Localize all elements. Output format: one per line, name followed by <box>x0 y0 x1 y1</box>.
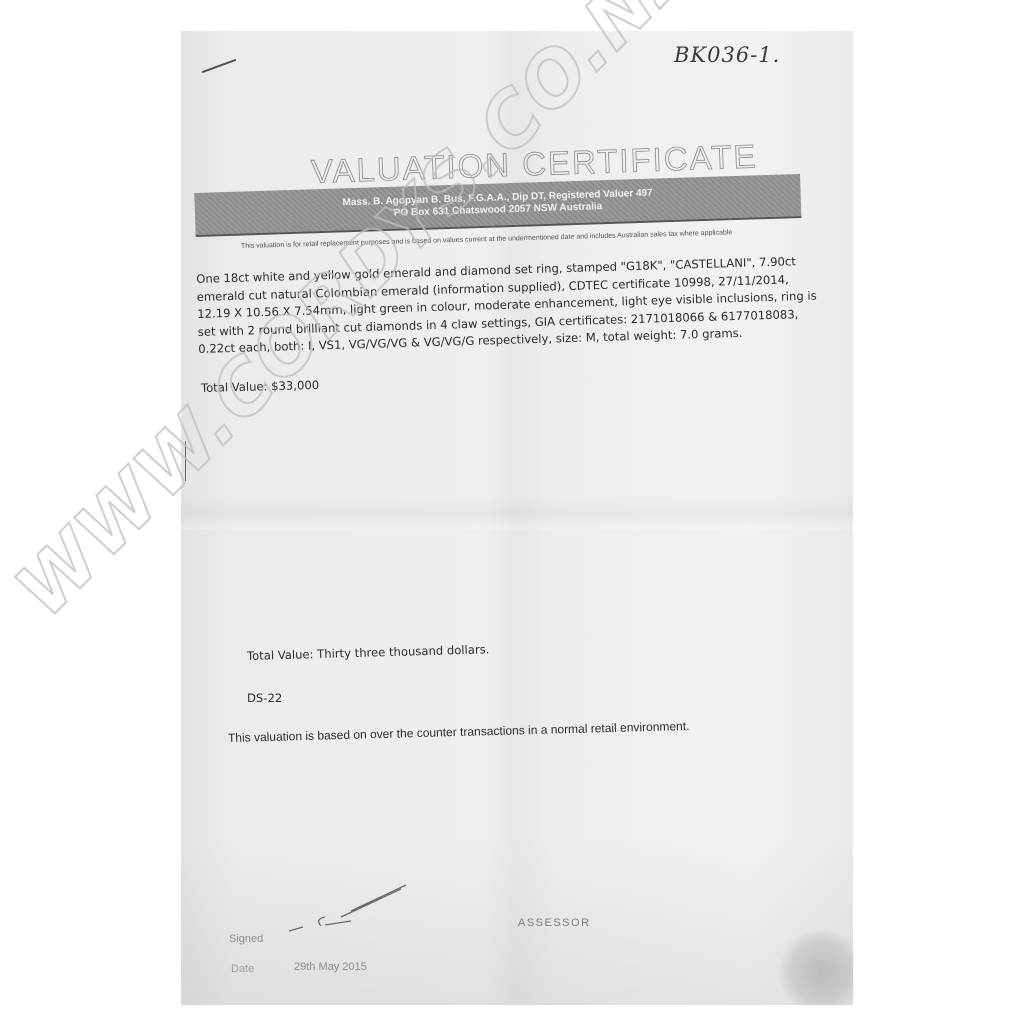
item-code: DS-22 <box>247 691 282 705</box>
handwritten-reference: BK036-1. <box>674 43 780 67</box>
item-description: One 18ct white and yellow gold emerald a… <box>196 253 818 359</box>
margin-mark <box>185 441 186 481</box>
paper-fold <box>181 496 853 530</box>
valuer-banner: Mass. B. Agopyan B. Bus, F.G.A.A., Dip D… <box>194 174 801 237</box>
signature-icon <box>281 881 421 941</box>
total-value-words: Total Value: Thirty three thousand dolla… <box>247 642 490 663</box>
valuation-certificate-page: BK036-1. VALUATION CERTIFICATE Mass. B. … <box>181 31 853 1005</box>
assessor-label: ASSESSOR <box>518 917 591 929</box>
total-value-numeric: Total Value: $33,000 <box>201 378 319 395</box>
pen-mark <box>202 59 237 73</box>
date-label: Date <box>231 963 254 975</box>
date-value: 29th May 2015 <box>294 961 367 973</box>
valuation-basis: This valuation is based on over the coun… <box>228 719 690 745</box>
signed-label: Signed <box>229 933 263 945</box>
